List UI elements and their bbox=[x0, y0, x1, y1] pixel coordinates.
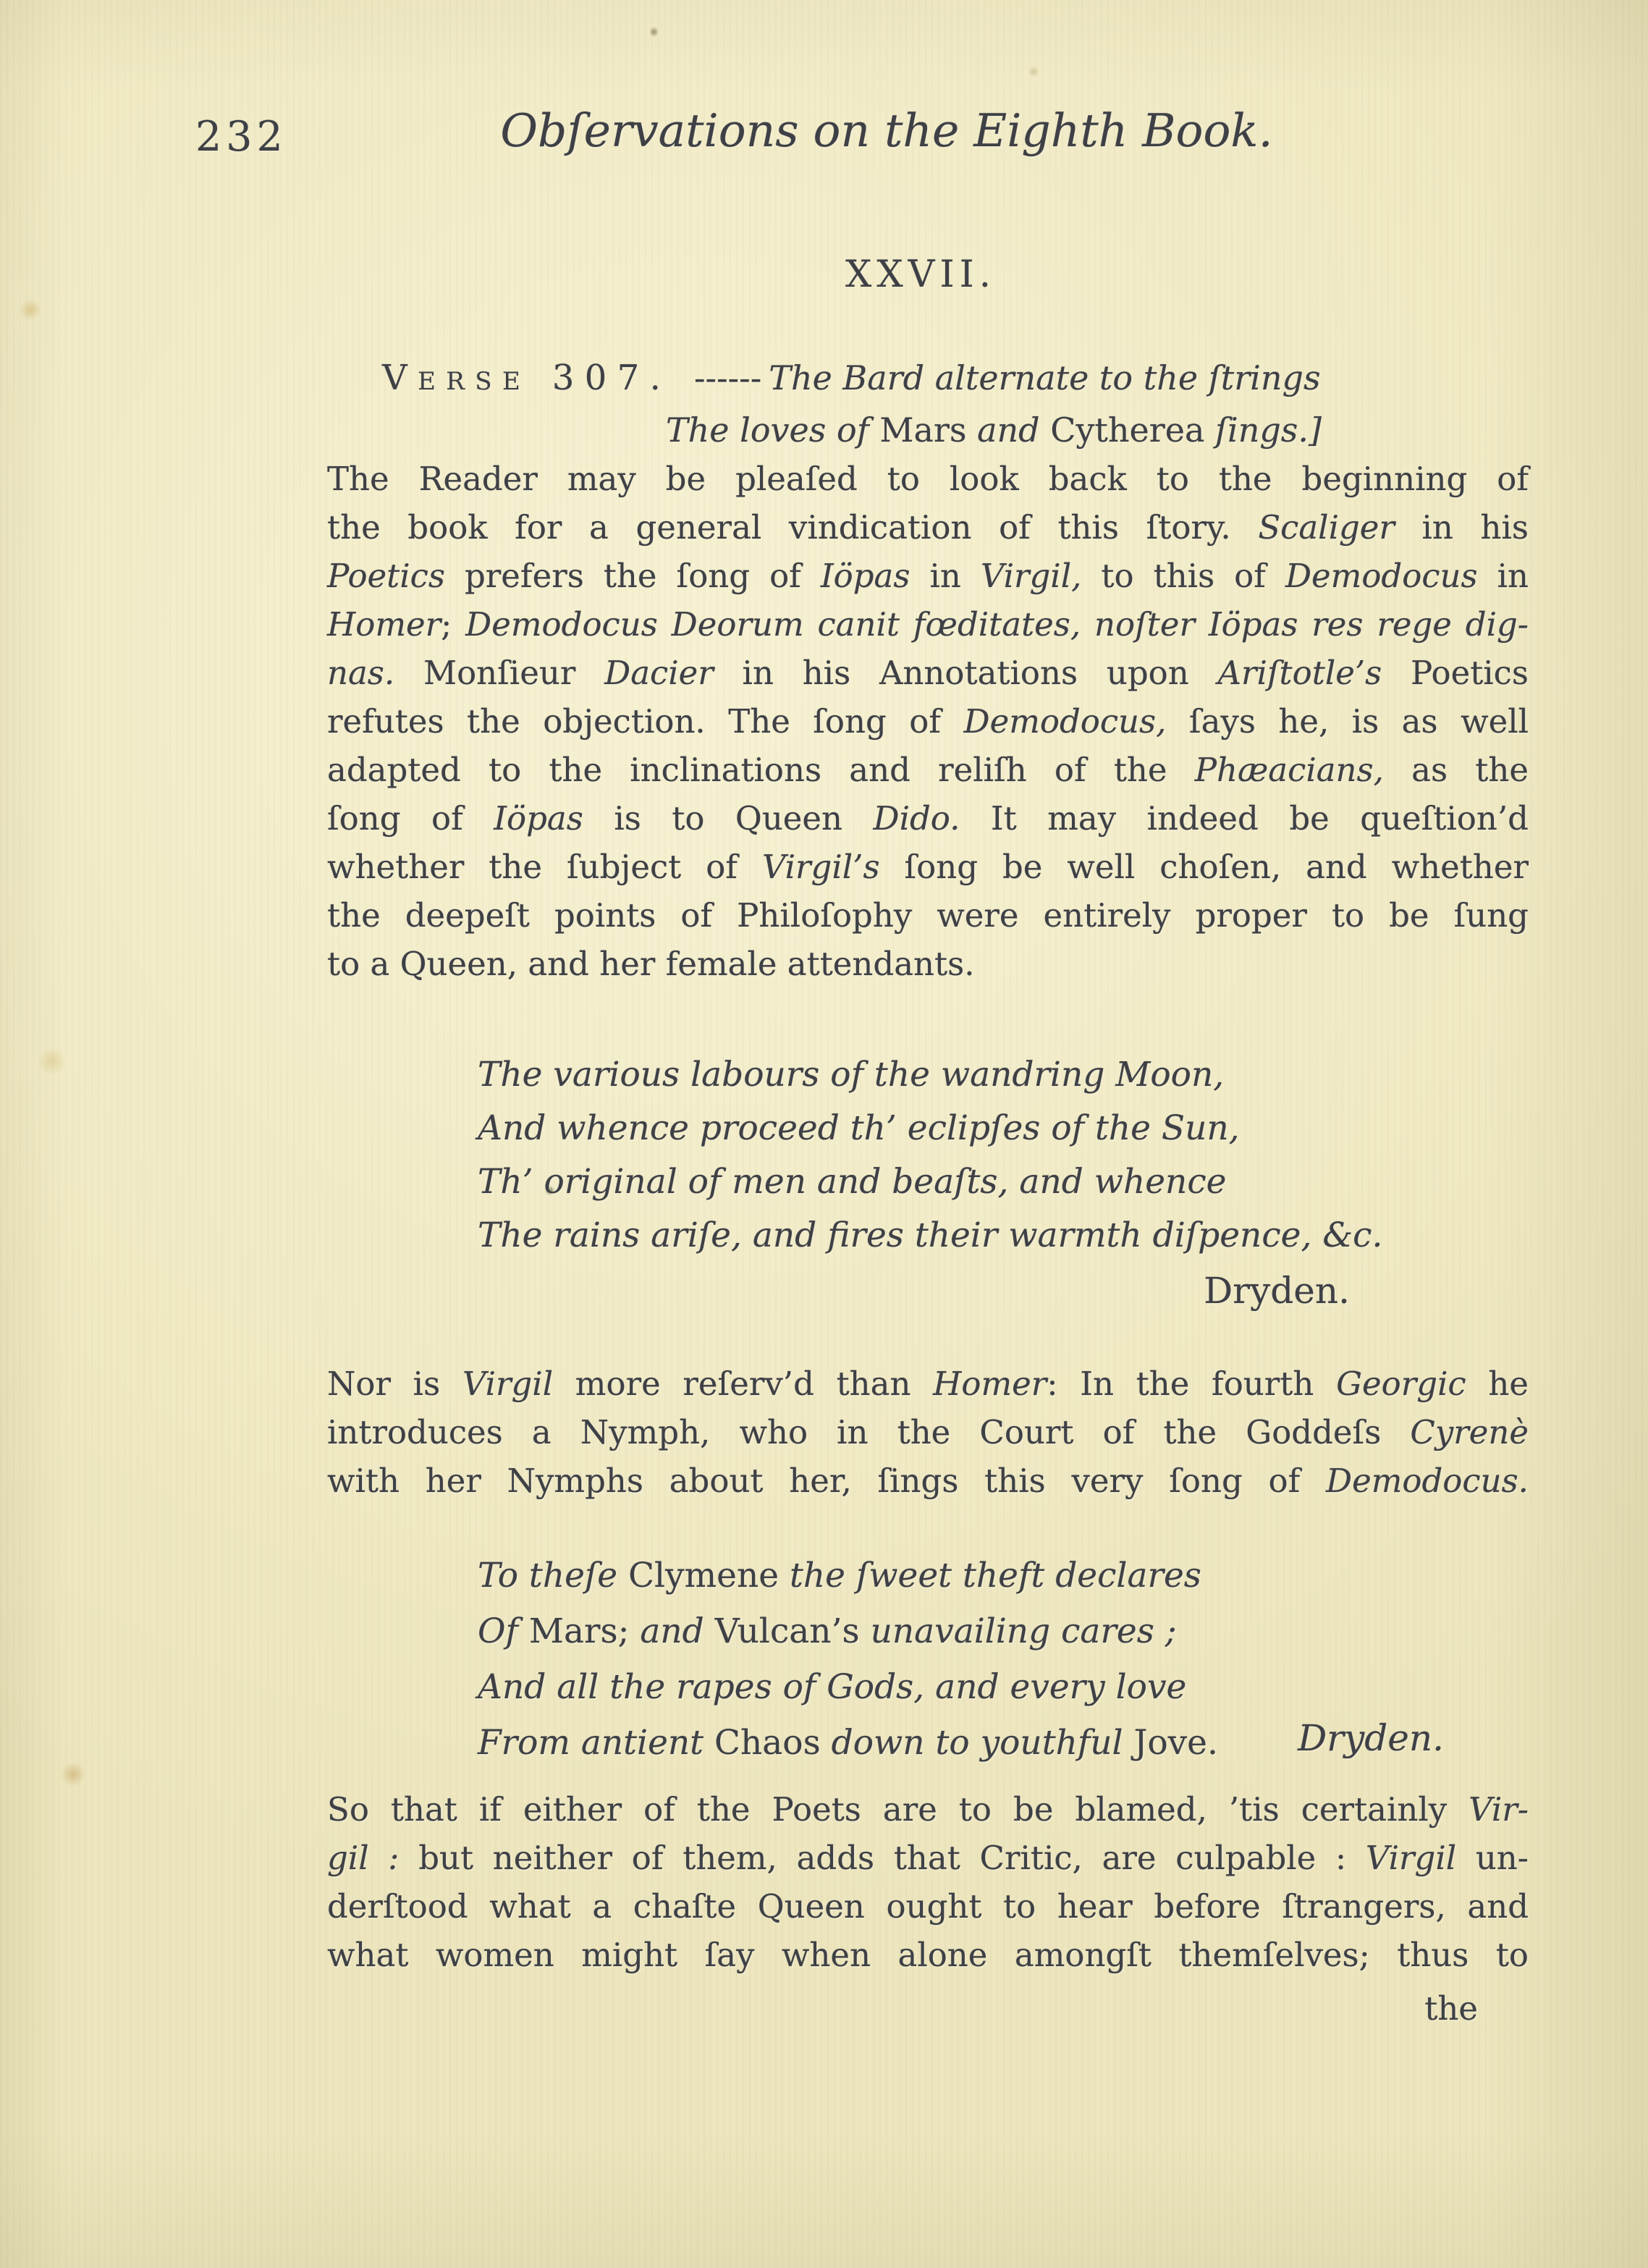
text-segment: the deepeſt points of Philoſophy were en… bbox=[327, 896, 1529, 935]
text-segment: in his Annotations upon bbox=[714, 654, 1218, 692]
text-segment: So that if either of the Poets are to be… bbox=[327, 1790, 1469, 1829]
verse-note: Verse 307. ------The Bard alternate to t… bbox=[382, 352, 1540, 456]
text-segment: Demodocus. bbox=[1326, 1462, 1529, 1500]
text-segment: Homer bbox=[933, 1365, 1047, 1403]
foxing-spot bbox=[20, 298, 41, 321]
text-segment: Clymene bbox=[628, 1556, 790, 1595]
text-segment: in his bbox=[1395, 508, 1529, 547]
text-segment: gil : bbox=[327, 1839, 399, 1877]
text-segment: Virgil bbox=[1366, 1839, 1456, 1877]
text-segment: Mars; bbox=[529, 1611, 641, 1651]
text-line: The various labours of the wandring Moon… bbox=[478, 1048, 1505, 1102]
text-segment: Homer bbox=[327, 605, 441, 644]
verse-quote-1: The various labours of the wandring Moon… bbox=[478, 1048, 1505, 1262]
book-page: 232 Obſervations on the Eighth Book. XXV… bbox=[0, 0, 1648, 2268]
text-line: nas. Monſieur Dacier in his Annotations … bbox=[327, 649, 1529, 697]
text-segment: refutes the objection. The ſong of bbox=[327, 702, 963, 741]
text-segment: to a Queen, and her female attendants. bbox=[327, 945, 975, 983]
text-segment: nas. bbox=[327, 654, 394, 692]
catchword: the bbox=[1424, 1989, 1478, 2028]
text-segment: To theſe bbox=[478, 1556, 628, 1595]
text-segment: Demodocus bbox=[1285, 557, 1478, 595]
attribution-dryden-1: Dryden. bbox=[1204, 1270, 1350, 1312]
text-line: to a Queen, and her female attendants. bbox=[327, 940, 1529, 988]
text-segment: to this of bbox=[1081, 557, 1285, 595]
text-line: the deepeſt points of Philoſophy were en… bbox=[327, 891, 1529, 940]
text-segment: Demodocus, bbox=[963, 702, 1166, 741]
text-line: what women might ſay when alone amongſt … bbox=[327, 1931, 1529, 1979]
text-segment: Iöpas bbox=[494, 799, 583, 838]
text-line: The Reader may be pleaſed to look back t… bbox=[327, 455, 1529, 503]
text-segment: And whence proceed th’ eclipſes of the S… bbox=[478, 1108, 1240, 1148]
text-segment: Th’ original of men and beaſts, and when… bbox=[478, 1162, 1226, 1202]
text-segment: The loves of bbox=[666, 410, 879, 450]
text-line: So that if either of the Poets are to be… bbox=[327, 1785, 1529, 1834]
text-segment: Nor is bbox=[327, 1365, 462, 1403]
text-line: Th’ original of men and beaſts, and when… bbox=[478, 1155, 1505, 1209]
text-segment: The various labours of the wandring Moon… bbox=[478, 1055, 1224, 1095]
text-segment: down to youthful bbox=[832, 1723, 1134, 1763]
text-segment: prefers the ſong of bbox=[445, 557, 821, 595]
text-segment: It may indeed be queſtion’d bbox=[960, 799, 1529, 838]
text-segment: adapted to the inclinations and reliſh o… bbox=[327, 751, 1195, 789]
text-segment: The Bard alternate to the ſtrings bbox=[769, 358, 1320, 397]
text-segment: Scaliger bbox=[1258, 508, 1395, 547]
text-segment: : In the fourth bbox=[1047, 1365, 1336, 1403]
text-segment: ſong be well choſen, and whether bbox=[880, 848, 1529, 886]
text-segment: Cytherea bbox=[1050, 410, 1215, 450]
text-segment: The Reader may be pleaſed to look back t… bbox=[327, 460, 1529, 498]
text-segment: but neither of them, adds that Critic, a… bbox=[399, 1839, 1365, 1877]
text-segment: he bbox=[1466, 1365, 1529, 1403]
text-segment: derſtood what a chaſte Queen ought to he… bbox=[327, 1887, 1529, 1926]
text-segment: Ariſtotle’s bbox=[1218, 654, 1382, 692]
running-title: Obſervations on the Eighth Book. bbox=[290, 104, 1484, 157]
text-segment: Vulcan’s bbox=[715, 1611, 871, 1651]
foxing-spot bbox=[1028, 67, 1039, 77]
text-segment: And all the rapes of Gods, and every lov… bbox=[478, 1667, 1186, 1707]
text-line: with her Nymphs about her, ſings this ve… bbox=[327, 1457, 1529, 1505]
text-segment: what women might ſay when alone amongſt … bbox=[327, 1936, 1529, 1974]
text-segment: un- bbox=[1456, 1839, 1529, 1877]
text-line: refutes the objection. The ſong of Demod… bbox=[327, 697, 1529, 746]
text-segment: The rains ariſe, and fires their warmth … bbox=[478, 1215, 1382, 1255]
text-segment: unavailing cares ; bbox=[871, 1611, 1177, 1651]
text-segment: Phæacians, bbox=[1195, 751, 1384, 789]
text-segment: Monſieur bbox=[394, 654, 604, 692]
text-segment: Of bbox=[478, 1611, 529, 1651]
text-segment: in bbox=[1478, 557, 1529, 595]
text-segment: introduces a Nymph, who in the Court of … bbox=[327, 1413, 1410, 1451]
text-segment: as the bbox=[1384, 751, 1529, 789]
text-segment: Virgil’s bbox=[762, 848, 880, 886]
text-line: To theſe Clymene the ſweet theft declare… bbox=[478, 1548, 1505, 1603]
text-segment: with her Nymphs about her, ſings this ve… bbox=[327, 1462, 1326, 1500]
text-line: introduces a Nymph, who in the Court of … bbox=[327, 1408, 1529, 1457]
text-segment: the book for a general vindication of th… bbox=[327, 508, 1258, 547]
text-line: derſtood what a chaſte Queen ought to he… bbox=[327, 1882, 1529, 1931]
text-segment: From antient bbox=[478, 1723, 714, 1763]
text-segment: is to Queen bbox=[583, 799, 874, 838]
text-segment: more reſerv’d than bbox=[553, 1365, 933, 1403]
ink-speck bbox=[650, 26, 658, 38]
text-segment: Poetics bbox=[1382, 654, 1529, 692]
text-line: whether the ſubject of Virgil’s ſong be … bbox=[327, 843, 1529, 891]
text-segment: ------ bbox=[693, 358, 769, 397]
text-line: The loves of Mars and Cytherea ſings.] bbox=[666, 404, 1540, 456]
text-line: Verse 307. ------The Bard alternate to t… bbox=[382, 352, 1540, 404]
text-segment: Jove. bbox=[1133, 1723, 1217, 1763]
foxing-spot bbox=[38, 1047, 67, 1076]
text-segment: ſong of bbox=[327, 799, 494, 838]
text-segment: Poetics bbox=[327, 557, 445, 595]
text-segment: ſays he, is as well bbox=[1166, 702, 1529, 741]
text-segment: Virgil bbox=[462, 1365, 553, 1403]
text-segment: Iöpas bbox=[821, 557, 910, 595]
foxing-spot bbox=[61, 1762, 85, 1787]
text-segment: Georgic bbox=[1336, 1365, 1466, 1403]
text-segment: the ſweet theft declares bbox=[790, 1556, 1201, 1595]
text-line: And whence proceed th’ eclipſes of the S… bbox=[478, 1102, 1505, 1155]
text-segment: and bbox=[977, 410, 1050, 450]
text-line: Of Mars; and Vulcan’s unavailing cares ; bbox=[478, 1603, 1505, 1659]
text-segment: Vir- bbox=[1469, 1790, 1529, 1829]
text-segment: Cyrenè bbox=[1410, 1413, 1529, 1451]
attribution-dryden-2: Dryden. bbox=[1298, 1717, 1444, 1759]
text-line: And all the rapes of Gods, and every lov… bbox=[478, 1659, 1505, 1715]
text-line: Nor is Virgil more reſerv’d than Homer: … bbox=[327, 1359, 1529, 1408]
text-line: ſong of Iöpas is to Queen Dido. It may i… bbox=[327, 794, 1529, 843]
paragraph-2: Nor is Virgil more reſerv’d than Homer: … bbox=[327, 1359, 1529, 1505]
text-line: Poetics prefers the ſong of Iöpas in Vir… bbox=[327, 552, 1529, 600]
page-number: 232 bbox=[195, 113, 287, 161]
text-segment: Mars bbox=[879, 410, 977, 450]
paragraph-3: So that if either of the Poets are to be… bbox=[327, 1785, 1529, 1979]
text-segment: Dacier bbox=[604, 654, 714, 692]
text-segment: Chaos bbox=[714, 1723, 832, 1763]
paragraph-1: The Reader may be pleaſed to look back t… bbox=[327, 455, 1529, 988]
text-segment: ; bbox=[441, 605, 465, 644]
text-segment: Virgil, bbox=[981, 557, 1082, 595]
text-segment: Demodocus Deorum canit fœditates, noſter… bbox=[465, 605, 1529, 644]
text-line: adapted to the inclinations and reliſh o… bbox=[327, 746, 1529, 794]
text-line: gil : but neither of them, adds that Cri… bbox=[327, 1834, 1529, 1882]
text-segment: Dido. bbox=[874, 799, 960, 838]
text-segment: and bbox=[640, 1611, 714, 1651]
text-line: The rains ariſe, and fires their warmth … bbox=[478, 1209, 1505, 1262]
text-line: the book for a general vindication of th… bbox=[327, 503, 1529, 552]
section-heading: XXVII. bbox=[327, 253, 1514, 296]
text-segment: ſings.] bbox=[1215, 410, 1322, 450]
text-segment: in bbox=[910, 557, 980, 595]
text-segment: whether the ſubject of bbox=[327, 848, 762, 886]
text-segment: Verse 307. bbox=[382, 358, 693, 398]
text-line: Homer; Demodocus Deorum canit fœditates,… bbox=[327, 600, 1529, 649]
